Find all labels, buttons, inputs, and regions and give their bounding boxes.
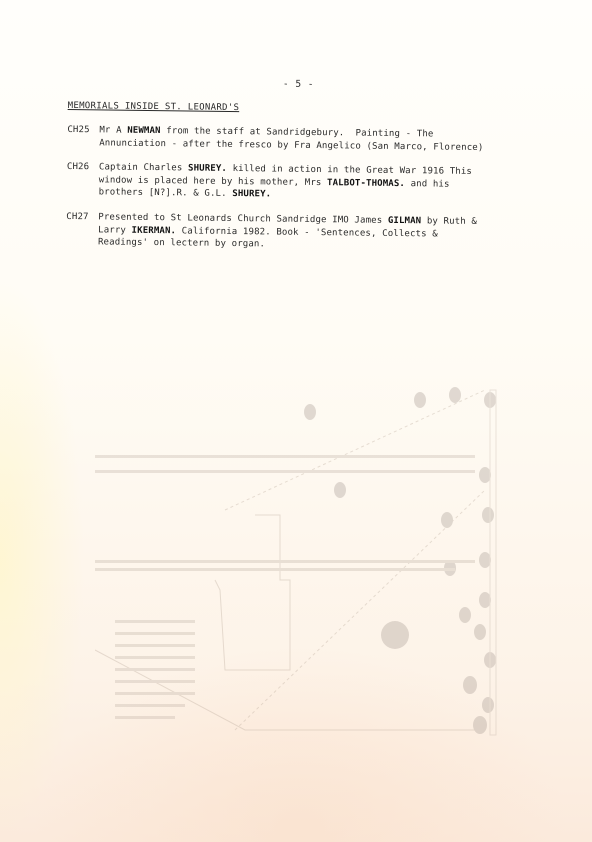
- entry-text: by Ruth &: [421, 216, 477, 227]
- section-heading: MEMORIALS INSIDE ST. LEONARD'S: [68, 101, 240, 113]
- memorial-entry: CH26Captain Charles SHUREY. killed in ac…: [67, 161, 473, 203]
- surname: IKERMAN.: [132, 225, 177, 236]
- surname: NEWMAN: [127, 126, 161, 136]
- surname: GILMAN: [388, 216, 422, 226]
- entry-text: Readings' on lectern by organ.: [98, 237, 265, 249]
- entry-text: Larry: [98, 225, 132, 235]
- entry-text: brothers [N?].R. & G.L.: [99, 187, 233, 199]
- paper-page: - 5 - MEMORIALS INSIDE ST. LEONARD'S CH2…: [0, 0, 592, 842]
- surname: SHUREY.: [188, 163, 227, 173]
- memorial-entry: CH27Presented to St Leonards Church Sand…: [66, 211, 477, 254]
- page-number: - 5 -: [283, 79, 314, 90]
- entry-text: Presented to St Leonards Church Sandridg…: [98, 212, 388, 226]
- entry-code: CH26: [67, 161, 99, 174]
- entry-text: killed in action in the Great War 1916 T…: [227, 164, 472, 177]
- typed-text: - 5 - MEMORIALS INSIDE ST. LEONARD'S CH2…: [0, 0, 592, 842]
- memorial-entry: CH25Mr A NEWMAN from the staff at Sandri…: [67, 124, 484, 154]
- entry-text: window is placed here by his mother, Mrs: [99, 175, 327, 188]
- entry-text: and his: [405, 179, 450, 190]
- entry-code: CH27: [66, 211, 98, 224]
- entry-text: Captain Charles: [99, 162, 188, 173]
- entry-code: CH25: [67, 124, 99, 137]
- surname: SHUREY.: [232, 189, 271, 199]
- surname: TALBOT-THOMAS.: [327, 178, 405, 189]
- entry-text: Mr A: [99, 125, 127, 135]
- entry-text: from the staff at Sandridgebury. Paintin…: [161, 126, 434, 139]
